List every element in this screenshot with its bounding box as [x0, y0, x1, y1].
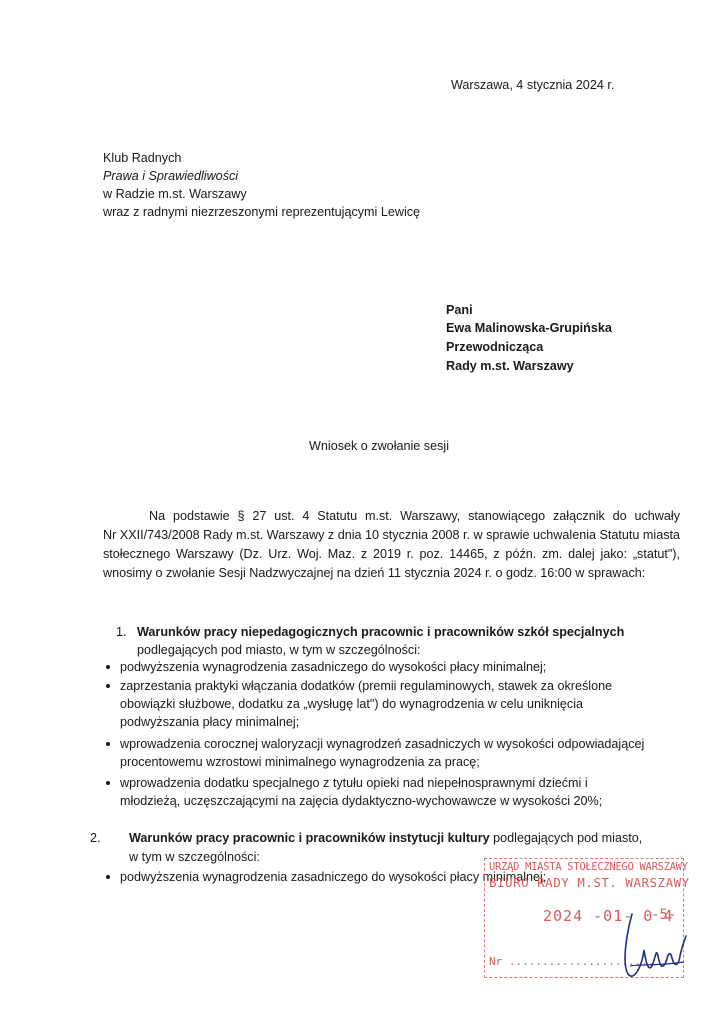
- bullet-text: wprowadzenia dodatku specjalnego z tytuł…: [120, 774, 588, 792]
- recipient-name: Ewa Malinowska-Grupińska: [446, 319, 612, 337]
- letter-date: Warszawa, 4 stycznia 2024 r.: [451, 76, 614, 94]
- bullet-text: zaprzestania praktyki włączania dodatków…: [120, 677, 612, 695]
- intro-line: stołecznego Warszawy (Dz. Urz. Woj. Maz.…: [103, 545, 680, 563]
- bullet-icon: [106, 781, 110, 785]
- sender-line: Klub Radnych: [103, 149, 181, 167]
- item-title-rest: podlegających pod miasto,: [490, 831, 643, 845]
- letter-subject: Wniosek o zwołanie sesji: [309, 437, 449, 455]
- bullet-text: podwyższenia wynagrodzenia zasadniczego …: [120, 658, 546, 676]
- bullet-text: wprowadzenia corocznej waloryzacji wynag…: [120, 735, 644, 753]
- signature-icon: [618, 906, 688, 982]
- item-number: 2.: [90, 829, 101, 847]
- item-title: Warunków pracy pracownic i pracowników i…: [129, 831, 490, 845]
- bullet-text: podwyższenia wynagrodzenia zasadniczego …: [120, 868, 546, 886]
- item-number: 1.: [116, 623, 127, 641]
- bullet-text: obowiązki służbowe, dodatku za „wysługę …: [120, 695, 583, 713]
- intro-line: Nr XXII/743/2008 Rady m.st. Warszawy z d…: [103, 526, 680, 544]
- bullet-icon: [106, 742, 110, 746]
- bullet-icon: [106, 875, 110, 879]
- bullet-text: młodzieżą, uczęszczającymi na zajęcia dy…: [120, 792, 602, 810]
- bullet-text: procentowemu wzrostowi minimalnego wynag…: [120, 753, 480, 771]
- recipient-organization: Rady m.st. Warszawy: [446, 357, 574, 375]
- sender-line: w Radzie m.st. Warszawy: [103, 185, 247, 203]
- sender-line: wraz z radnymi niezrzeszonymi reprezentu…: [103, 203, 420, 221]
- item-subtitle: podlegających pod miasto, w tym w szczeg…: [137, 641, 421, 659]
- recipient-salutation: Pani: [446, 301, 473, 319]
- stamp-department: BIURO RADY M.ST. WARSZAWY: [489, 875, 690, 890]
- stamp-office: URZĄD MIASTA STOŁECZNEGO WARSZAWY: [489, 861, 688, 873]
- item-title: Warunków pracy niepedagogicznych pracown…: [137, 623, 624, 641]
- recipient-title: Przewodnicząca: [446, 338, 543, 356]
- intro-line: Na podstawie § 27 ust. 4 Statutu m.st. W…: [149, 507, 680, 525]
- intro-line: wnosimy o zwołanie Sesji Nadzwyczajnej n…: [103, 564, 645, 582]
- sender-party: Prawa i Sprawiedliwości: [103, 167, 238, 185]
- item-title-row: Warunków pracy pracownic i pracowników i…: [129, 829, 642, 847]
- item-subtitle: w tym w szczególności:: [129, 848, 260, 866]
- bullet-icon: [106, 684, 110, 688]
- bullet-text: podwyższania płacy minimalnej;: [120, 713, 299, 731]
- bullet-icon: [106, 665, 110, 669]
